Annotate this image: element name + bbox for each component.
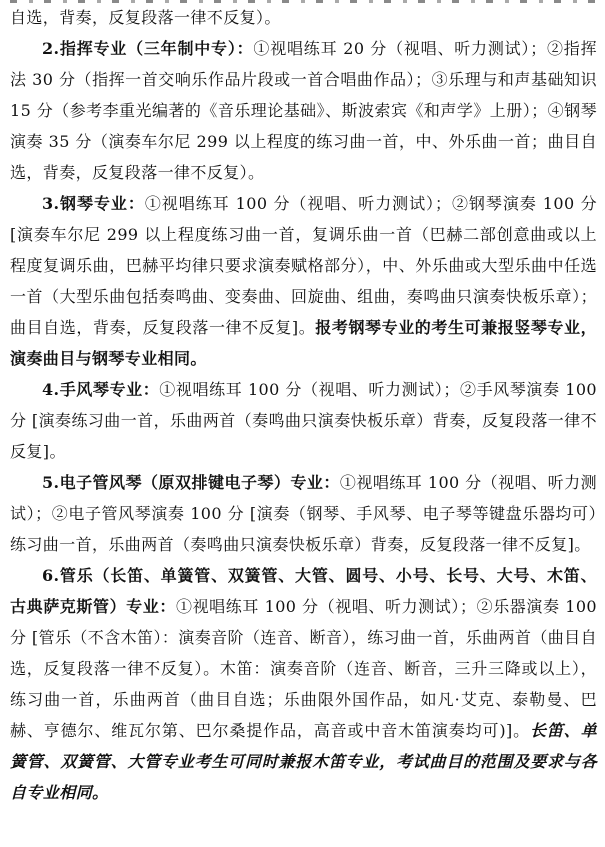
document-body: 自选，背奏，反复段落一律不反复）。 2.指挥专业（三年制中专）：①视唱练耳 20… bbox=[10, 2, 597, 808]
paragraph-section-3-piano: 3.钢琴专业：①视唱练耳 100 分（视唱、听力测试）；②钢琴演奏 100 分 … bbox=[10, 188, 597, 374]
paragraph-section-6-winds: 6.管乐（长笛、单簧管、双簧管、大管、圆号、小号、长号、大号、木笛、古典萨克斯管… bbox=[10, 560, 597, 808]
paragraph-previous-tail: 自选，背奏，反复段落一律不反复）。 bbox=[10, 2, 597, 33]
section-heading-conducting: 2.指挥专业（三年制中专）： bbox=[42, 39, 253, 58]
section-body-winds: ①视唱练耳 100 分（视唱、听力测试）；②乐器演奏 100 分 [管乐（不含木… bbox=[10, 597, 597, 740]
section-body-piano: ①视唱练耳 100 分（视唱、听力测试）；②钢琴演奏 100 分 [演奏车尔尼 … bbox=[10, 194, 597, 337]
section-heading-piano: 3.钢琴专业： bbox=[42, 194, 145, 213]
section-body-conducting: ①视唱练耳 20 分（视唱、听力测试）；②指挥法 30 分（指挥一首交响乐作品片… bbox=[10, 39, 597, 182]
section-heading-accordion: 4.手风琴专业： bbox=[42, 380, 159, 399]
paragraph-section-2-conducting: 2.指挥专业（三年制中专）：①视唱练耳 20 分（视唱、听力测试）；②指挥法 3… bbox=[10, 33, 597, 188]
paragraph-section-5-electronic-organ: 5.电子管风琴（原双排键电子琴）专业：①视唱练耳 100 分（视唱、听力测试）；… bbox=[10, 467, 597, 560]
paragraph-text: 自选，背奏，反复段落一律不反复）。 bbox=[10, 8, 281, 27]
paragraph-section-4-accordion: 4.手风琴专业：①视唱练耳 100 分（视唱、听力测试）；②手风琴演奏 100 … bbox=[10, 374, 597, 467]
section-heading-electronic-organ: 5.电子管风琴（原双排键电子琴）专业： bbox=[42, 473, 340, 492]
document-page: 自选，背奏，反复段落一律不反复）。 2.指挥专业（三年制中专）：①视唱练耳 20… bbox=[0, 0, 605, 847]
